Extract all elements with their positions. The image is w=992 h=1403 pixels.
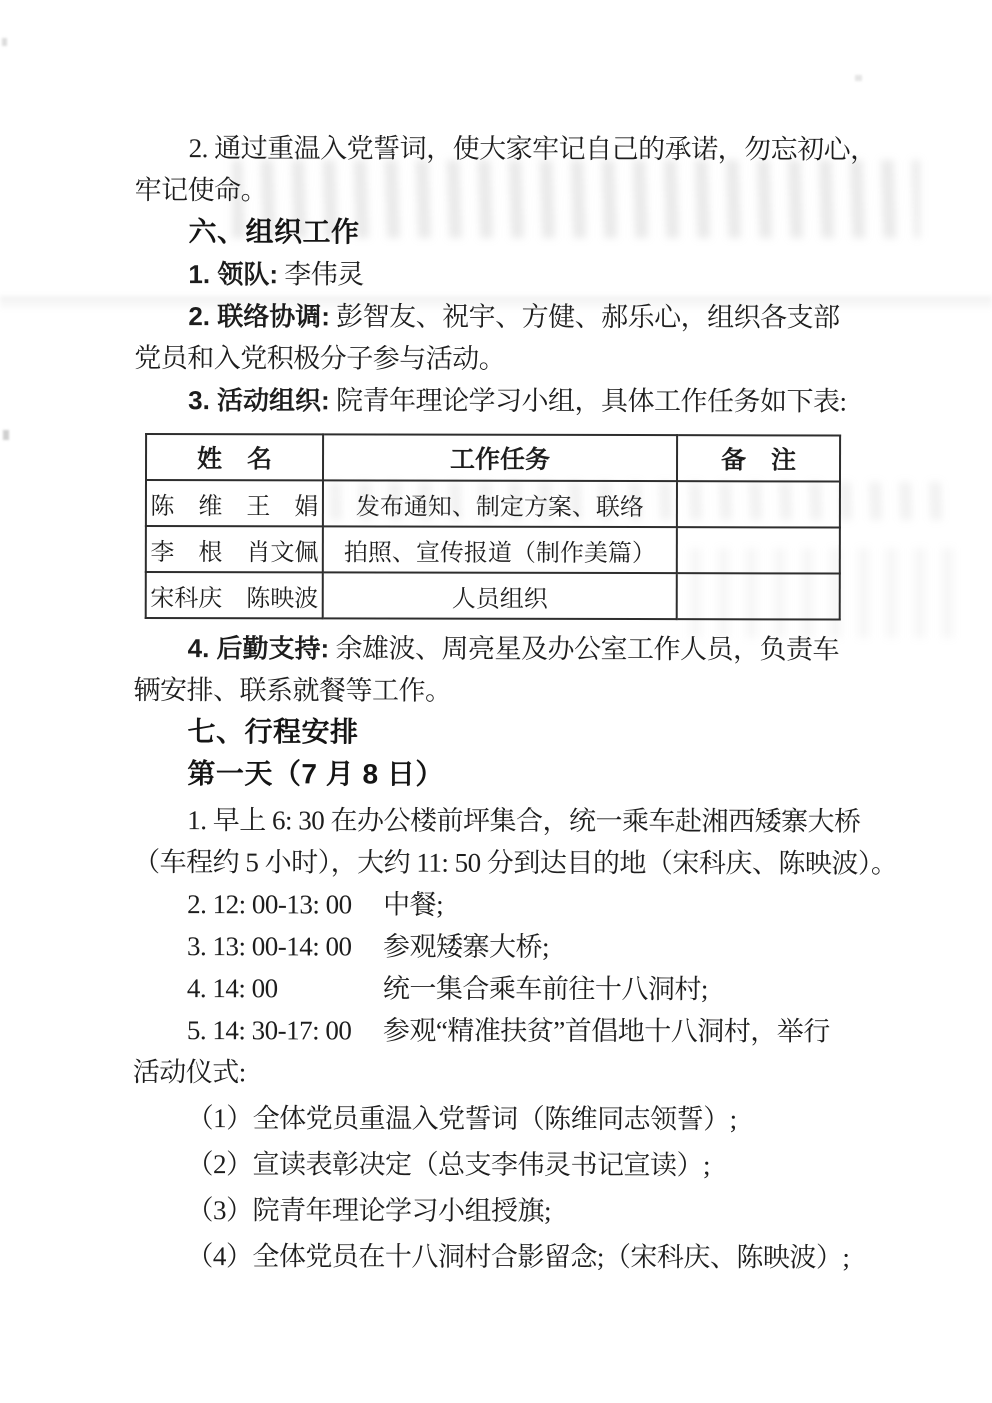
table-row: 陈 维 王 娟 发布通知、制定方案、联络 (146, 480, 840, 527)
item-logistics-text: 余雄波、周亮星及办公室工作人员，负责车 (329, 633, 839, 664)
schedule-item-5-continuation: 活动仪式: (133, 1051, 893, 1095)
cell-note (677, 573, 840, 619)
cell-note (677, 527, 840, 573)
schedule-item-4: 4. 14: 00统一集合乘车前往十八洞村; (133, 967, 893, 1011)
item-activity-org-label: 3. 活动组织: (188, 385, 330, 415)
schedule-item-1-line1: 1. 早上 6: 30 在办公楼前坪集合，统一乘车赴湘西矮寨大桥 (133, 799, 893, 843)
item-logistics: 4. 后勤支持: 余雄波、周亮星及办公室工作人员，负责车 (134, 627, 894, 671)
schedule-item-1-line2: （车程约 5 小时），大约 11: 50 分到达目的地（宋科庆、陈映波）。 (133, 841, 893, 885)
day-one-heading: 第一天（7 月 8 日） (133, 753, 893, 797)
schedule-item-4-desc: 统一集合乘车前往十八洞村; (383, 974, 708, 1005)
ceremony-sub-item-4: （4）全体党员在十八洞村合影留念;（宋科庆、陈映波）; (132, 1233, 892, 1281)
cell-note (677, 481, 840, 527)
scan-speck-artifact (2, 38, 7, 46)
item-leader-text: 李伟灵 (278, 259, 364, 289)
schedule-item-3: 3. 13: 00-14: 00参观矮寨大桥; (133, 925, 893, 969)
paragraph-oath-line1: 2. 通过重温入党誓词，使大家牢记自己的承诺，勿忘初心， (135, 127, 895, 171)
column-header-task: 工作任务 (323, 434, 677, 481)
item-activity-org: 3. 活动组织: 院青年理论学习小组，具体工作任务如下表: (134, 379, 894, 423)
paragraph-oath-line2: 牢记使命。 (135, 169, 895, 213)
table-row: 宋科庆 陈映波 人员组织 (146, 572, 840, 619)
item-activity-org-text: 院青年理论学习小组，具体工作任务如下表: (330, 385, 847, 416)
cell-name: 陈 维 王 娟 (146, 480, 323, 526)
item-logistics-label: 4. 后勤支持: (188, 633, 330, 663)
task-assignment-table: 姓 名 工作任务 备 注 陈 维 王 娟 发布通知、制定方案、联络 李 根 肖文… (145, 433, 841, 620)
table-header-row: 姓 名 工作任务 备 注 (146, 434, 840, 481)
section-heading-six: 六、组织工作 (134, 211, 894, 255)
schedule-item-5-desc: 参观“精准扶贫”首倡地十八洞村，举行 (383, 1016, 830, 1047)
scanned-document-page: 2. 通过重温入党誓词，使大家牢记自己的承诺，勿忘初心， 牢记使命。 六、组织工… (0, 0, 992, 1403)
item-leader-label: 1. 领队: (188, 259, 278, 289)
schedule-item-5-time: 5. 14: 30-17: 00 (187, 1009, 383, 1051)
cell-name: 李 根 肖文佩 (146, 526, 323, 572)
cell-task: 发布通知、制定方案、联络 (323, 480, 677, 527)
ceremony-sub-item-3: （3）院青年理论学习小组授旗; (132, 1187, 892, 1235)
column-header-note: 备 注 (677, 435, 840, 481)
schedule-item-3-desc: 参观矮寨大桥; (383, 932, 549, 962)
schedule-item-3-time: 3. 13: 00-14: 00 (187, 925, 383, 967)
cell-task: 人员组织 (323, 572, 677, 619)
item-leader: 1. 领队: 李伟灵 (134, 253, 894, 297)
schedule-item-2-time: 2. 12: 00-13: 00 (187, 883, 383, 925)
item-liaison-label: 2. 联络协调: (188, 301, 330, 331)
item-logistics-continuation: 辆安排、联系就餐等工作。 (134, 669, 894, 713)
item-liaison-text: 彭智友、祝宇、方健、郝乐心，组织各支部 (330, 301, 840, 332)
cell-task: 拍照、宣传报道（制作美篇） (323, 526, 677, 573)
item-liaison: 2. 联络协调: 彭智友、祝宇、方健、郝乐心，组织各支部 (134, 295, 894, 339)
schedule-item-4-time: 4. 14: 00 (187, 967, 383, 1009)
ceremony-sub-item-1: （1）全体党员重温入党誓词（陈维同志领誓）; (133, 1095, 893, 1143)
schedule-item-2-desc: 中餐; (383, 890, 443, 920)
schedule-item-5: 5. 14: 30-17: 00参观“精准扶贫”首倡地十八洞村，举行 (133, 1009, 893, 1053)
schedule-item-2: 2. 12: 00-13: 00中餐; (133, 883, 893, 927)
section-heading-seven: 七、行程安排 (133, 711, 893, 755)
table-row: 李 根 肖文佩 拍照、宣传报道（制作美篇） (146, 526, 840, 573)
ceremony-sub-item-2: （2）宣读表彰决定（总支李伟灵书记宣读）; (133, 1141, 893, 1189)
column-header-name: 姓 名 (146, 434, 323, 480)
document-body: 2. 通过重温入党誓词，使大家牢记自己的承诺，勿忘初心， 牢记使命。 六、组织工… (132, 0, 895, 1281)
item-liaison-continuation: 党员和入党积极分子参与活动。 (134, 337, 894, 381)
scan-speck-artifact (3, 430, 9, 440)
cell-name: 宋科庆 陈映波 (146, 572, 323, 618)
